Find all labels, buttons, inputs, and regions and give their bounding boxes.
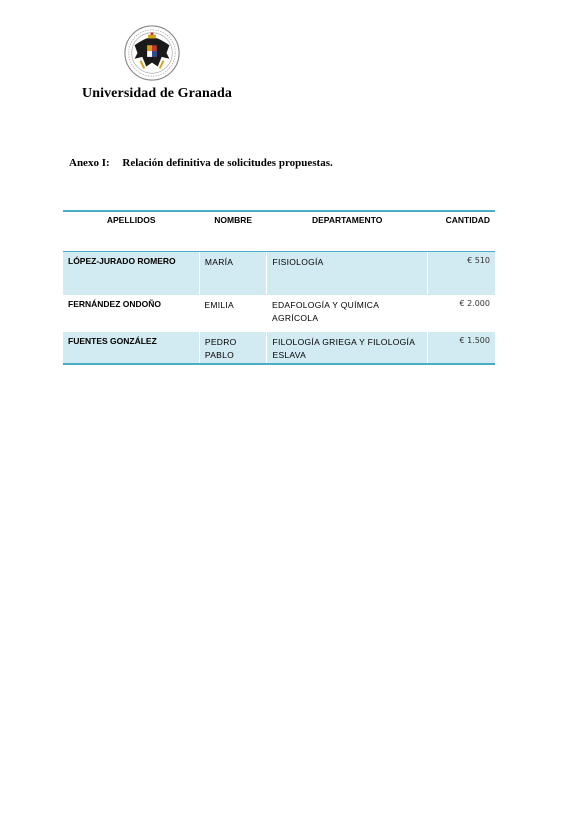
column-header-nombre: NOMBRE	[199, 211, 267, 252]
column-header-cantidad: CANTIDAD	[427, 211, 495, 252]
table-row: FUENTES GONZÁLEZ PEDRO PABLO FILOLOGÍA G…	[63, 332, 495, 364]
annex-title: Relación definitiva de solicitudes propu…	[122, 157, 332, 169]
annex-label: Anexo I:	[69, 157, 110, 169]
cell-cantidad: € 510	[427, 252, 495, 296]
column-header-apellidos: APELLIDOS	[63, 211, 199, 252]
cell-departamento: FILOLOGÍA GRIEGA Y FILOLOGÍA ESLAVA	[267, 332, 427, 364]
table-row: LÓPEZ-JURADO ROMERO MARÍA FISIOLOGÍA € 5…	[63, 252, 495, 296]
cell-departamento: EDAFOLOGÍA Y QUÍMICA AGRÍCOLA	[267, 295, 427, 332]
university-seal-icon	[123, 24, 181, 82]
cell-cantidad: € 2.000	[427, 295, 495, 332]
cell-nombre: PEDRO PABLO	[199, 332, 267, 364]
cell-nombre: EMILIA	[199, 295, 267, 332]
cell-nombre: MARÍA	[199, 252, 267, 296]
cell-cantidad: € 1.500	[427, 332, 495, 364]
column-header-departamento: DEPARTAMENTO	[267, 211, 427, 252]
cell-apellidos: FERNÁNDEZ ONDOÑO	[63, 295, 199, 332]
cell-apellidos: LÓPEZ-JURADO ROMERO	[63, 252, 199, 296]
institution-name: Universidad de Granada	[82, 86, 232, 102]
annex-heading: Anexo I: Relación definitiva de solicitu…	[69, 157, 333, 169]
table-row: FERNÁNDEZ ONDOÑO EMILIA EDAFOLOGÍA Y QUÍ…	[63, 295, 495, 332]
cell-apellidos: FUENTES GONZÁLEZ	[63, 332, 199, 364]
applications-table: APELLIDOS NOMBRE DEPARTAMENTO CANTIDAD L…	[63, 210, 495, 365]
table-header-row: APELLIDOS NOMBRE DEPARTAMENTO CANTIDAD	[63, 211, 495, 252]
cell-departamento: FISIOLOGÍA	[267, 252, 427, 296]
